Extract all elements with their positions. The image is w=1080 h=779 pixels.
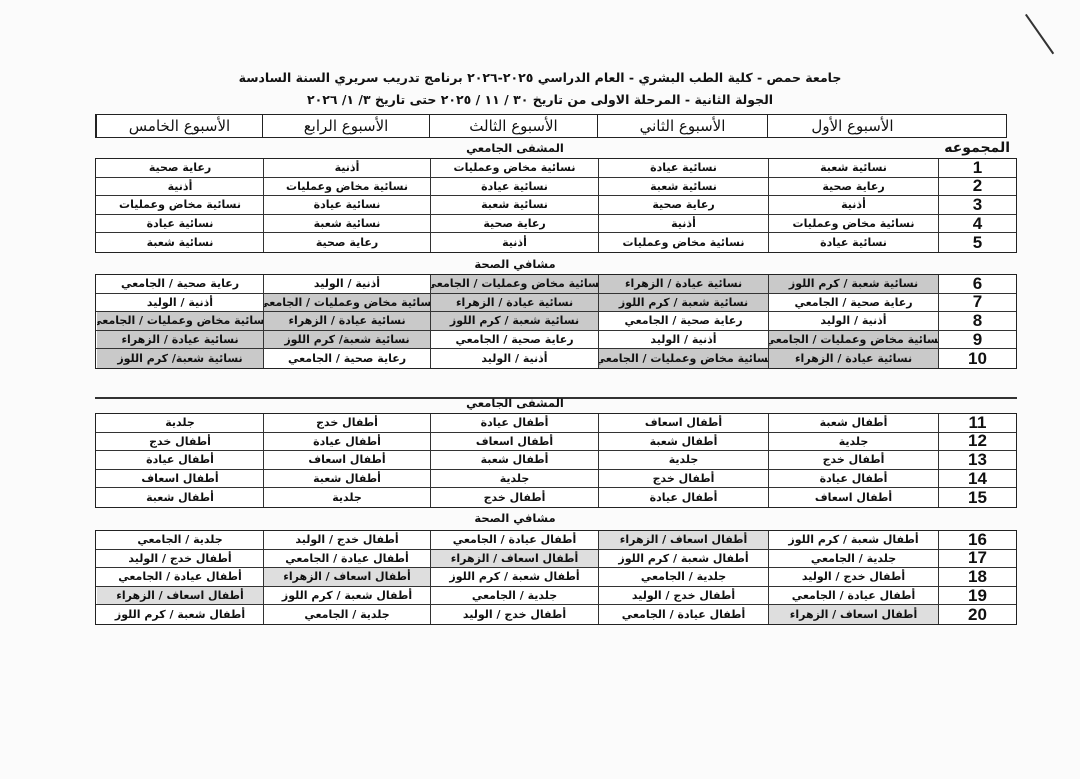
table-row: 20أطفال اسعاف / الزهراءأطفال عيادة / الج…: [96, 605, 1016, 624]
rotation-cell-week-2: رعاية صحية / الجامعي: [598, 312, 768, 330]
group-number: 18: [938, 568, 1016, 586]
section-label-university-hospital-2: المشفى الجامعي: [415, 396, 615, 410]
rotation-cell-week-4: أطفال عيادة / الجامعي: [263, 550, 430, 568]
week-2-header: الأسبوع الثاني: [597, 115, 767, 137]
table-row: 8أذنية / الوليدرعاية صحية / الجامعينسائي…: [96, 312, 1016, 331]
group-number: 9: [938, 331, 1016, 349]
rotation-cell-week-2: أطفال شعبة / كرم اللوز: [598, 550, 768, 568]
rotation-cell-week-4: نسائية شعبة: [263, 215, 430, 233]
rotation-cell-week-3: رعاية صحية / الجامعي: [430, 331, 598, 349]
group-column-label: المجموعه: [940, 140, 1010, 156]
week-1-header: الأسبوع الأول: [767, 115, 937, 137]
document-title: جامعة حمص - كلية الطب البشري - العام الد…: [200, 70, 880, 85]
week-5-header: الأسبوع الخامس: [96, 115, 262, 137]
rotation-cell-week-3: أطفال شعبة / كرم اللوز: [430, 568, 598, 586]
rotation-cell-week-1: جلدية: [768, 433, 938, 451]
rotation-cell-week-4: أطفال خدج: [263, 414, 430, 432]
rotation-cell-week-5: رعاية صحية / الجامعي: [97, 275, 263, 293]
rotation-cell-week-3: أطفال عيادة / الجامعي: [430, 531, 598, 549]
table-row: 16أطفال شعبة / كرم اللوزأطفال اسعاف / ال…: [96, 531, 1016, 550]
rotation-cell-week-5: نسائية شعبة/ كرم اللوز: [97, 349, 263, 368]
rotation-cell-week-1: أطفال عيادة: [768, 470, 938, 488]
table-row: 15أطفال اسعافأطفال عيادةأطفال خدججلديةأط…: [96, 488, 1016, 507]
rotation-cell-week-3: أطفال شعبة: [430, 451, 598, 469]
group-number: 13: [938, 451, 1016, 469]
group-header-cell: [937, 115, 1005, 137]
rotation-cell-week-5: نسائية عيادة: [97, 215, 263, 233]
table-row: 4نسائية مخاض وعملياتأذنيةرعاية صحيةنسائي…: [96, 215, 1016, 234]
rotation-cell-week-5: جلدية: [97, 414, 263, 432]
rotation-cell-week-2: نسائية مخاض وعمليات / الجامعي: [598, 349, 768, 368]
rotation-cell-week-5: أطفال عيادة: [97, 451, 263, 469]
group-number: 5: [938, 233, 1016, 252]
rotation-cell-week-4: نسائية مخاض وعمليات / الجامعي: [263, 294, 430, 312]
table-row: 12جلديةأطفال شعبةأطفال اسعافأطفال عيادةأ…: [96, 433, 1016, 452]
group-number: 4: [938, 215, 1016, 233]
rotation-cell-week-4: أطفال شعبة: [263, 470, 430, 488]
rotation-cell-week-3: أطفال عيادة: [430, 414, 598, 432]
rotation-cell-week-5: أطفال شعبة / كرم اللوز: [97, 605, 263, 624]
rotation-cell-week-4: نسائية مخاض وعمليات: [263, 178, 430, 196]
rotation-cell-week-4: أذنية / الوليد: [263, 275, 430, 293]
rotation-cell-week-2: أطفال اسعاف: [598, 414, 768, 432]
section-label-health-hospitals-2: مشافي الصحة: [415, 511, 615, 525]
group-number: 6: [938, 275, 1016, 293]
table-row: 13أطفال خدججلديةأطفال شعبةأطفال اسعافأطف…: [96, 451, 1016, 470]
rotation-cell-week-2: أطفال عيادة: [598, 488, 768, 507]
rotation-cell-week-2: أطفال شعبة: [598, 433, 768, 451]
rotation-cell-week-3: أطفال اسعاف / الزهراء: [430, 550, 598, 568]
group-number: 1: [938, 159, 1016, 177]
rotation-cell-week-2: نسائية شعبة / كرم اللوز: [598, 294, 768, 312]
rotation-cell-week-1: أطفال خدج / الوليد: [768, 568, 938, 586]
rotation-cell-week-5: جلدية / الجامعي: [97, 531, 263, 549]
rotation-cell-week-4: جلدية / الجامعي: [263, 605, 430, 624]
rotation-cell-week-3: نسائية شعبة / كرم اللوز: [430, 312, 598, 330]
rotation-cell-week-1: أطفال اسعاف / الزهراء: [768, 605, 938, 624]
rotation-cell-week-2: نسائية عيادة / الزهراء: [598, 275, 768, 293]
rotation-cell-week-3: أطفال خدج: [430, 488, 598, 507]
rotation-cell-week-4: نسائية عيادة / الزهراء: [263, 312, 430, 330]
rotation-cell-week-5: أطفال عيادة / الجامعي: [97, 568, 263, 586]
rotation-cell-week-4: نسائية شعبة/ كرم اللوز: [263, 331, 430, 349]
rotation-cell-week-4: أطفال خدج / الوليد: [263, 531, 430, 549]
rotation-cell-week-5: أذنية / الوليد: [97, 294, 263, 312]
rotation-cell-week-1: أطفال خدج: [768, 451, 938, 469]
rotation-cell-week-4: رعاية صحية / الجامعي: [263, 349, 430, 368]
rotation-cell-week-4: أطفال اسعاف / الزهراء: [263, 568, 430, 586]
rotation-cell-week-2: أذنية: [598, 215, 768, 233]
group-number: 16: [938, 531, 1016, 549]
rotation-cell-week-2: نسائية مخاض وعمليات: [598, 233, 768, 252]
rotation-cell-week-5: أطفال خدج: [97, 433, 263, 451]
table-row: 18أطفال خدج / الوليدجلدية / الجامعيأطفال…: [96, 568, 1016, 587]
section-label-university-hospital: المشفى الجامعي: [415, 141, 615, 155]
group-number: 3: [938, 196, 1016, 214]
rotation-cell-week-3: نسائية شعبة: [430, 196, 598, 214]
rotation-cell-week-1: رعاية صحية: [768, 178, 938, 196]
table-row: 14أطفال عيادةأطفال خدججلديةأطفال شعبةأطف…: [96, 470, 1016, 489]
rotation-cell-week-3: نسائية عيادة / الزهراء: [430, 294, 598, 312]
rotation-cell-week-1: رعاية صحية / الجامعي: [768, 294, 938, 312]
schedule-table-pediatrics-health: 16أطفال شعبة / كرم اللوزأطفال اسعاف / ال…: [95, 530, 1017, 625]
rotation-cell-week-5: نسائية عيادة / الزهراء: [97, 331, 263, 349]
rotation-cell-week-1: أطفال عيادة / الجامعي: [768, 587, 938, 605]
group-number: 14: [938, 470, 1016, 488]
rotation-cell-week-1: نسائية عيادة: [768, 233, 938, 252]
rotation-cell-week-4: أذنية: [263, 159, 430, 177]
group-number: 19: [938, 587, 1016, 605]
rotation-cell-week-4: أطفال شعبة / كرم اللوز: [263, 587, 430, 605]
rotation-cell-week-2: رعاية صحية: [598, 196, 768, 214]
group-number: 11: [938, 414, 1016, 432]
rotation-cell-week-1: أطفال شعبة / كرم اللوز: [768, 531, 938, 549]
rotation-cell-week-4: جلدية: [263, 488, 430, 507]
rotation-cell-week-5: نسائية شعبة: [97, 233, 263, 252]
table-row: 3أذنيةرعاية صحيةنسائية شعبةنسائية عيادةن…: [96, 196, 1016, 215]
rotation-cell-week-1: نسائية عيادة / الزهراء: [768, 349, 938, 368]
week-4-header: الأسبوع الرابع: [262, 115, 429, 137]
rotation-cell-week-4: رعاية صحية: [263, 233, 430, 252]
group-number: 17: [938, 550, 1016, 568]
rotation-cell-week-3: جلدية: [430, 470, 598, 488]
table-row: 9نسائية مخاض وعمليات / الجامعيأذنية / ال…: [96, 331, 1016, 350]
rotation-cell-week-1: نسائية شعبة / كرم اللوز: [768, 275, 938, 293]
table-row: 7رعاية صحية / الجامعينسائية شعبة / كرم ا…: [96, 294, 1016, 313]
rotation-cell-week-1: نسائية شعبة: [768, 159, 938, 177]
rotation-cell-week-3: أطفال خدج / الوليد: [430, 605, 598, 624]
rotation-cell-week-5: أطفال شعبة: [97, 488, 263, 507]
document-subtitle: الجولة الثانية - المرحلة الاولى من تاريخ…: [200, 92, 880, 107]
table-row: 10نسائية عيادة / الزهراءنسائية مخاض وعمل…: [96, 349, 1016, 368]
rotation-cell-week-3: أذنية: [430, 233, 598, 252]
rotation-cell-week-1: أذنية / الوليد: [768, 312, 938, 330]
rotation-cell-week-2: أذنية / الوليد: [598, 331, 768, 349]
rotation-cell-week-5: أطفال اسعاف / الزهراء: [97, 587, 263, 605]
schedule-table-gynecology-health: 6نسائية شعبة / كرم اللوزنسائية عيادة / ا…: [95, 274, 1017, 369]
group-number: 20: [938, 605, 1016, 624]
rotation-cell-week-1: أذنية: [768, 196, 938, 214]
rotation-cell-week-3: أذنية / الوليد: [430, 349, 598, 368]
rotation-cell-week-4: نسائية عيادة: [263, 196, 430, 214]
schedule-table-pediatrics-university: 11أطفال شعبةأطفال اسعافأطفال عيادةأطفال …: [95, 413, 1017, 508]
rotation-cell-week-1: أطفال شعبة: [768, 414, 938, 432]
group-number: 10: [938, 349, 1016, 368]
week-3-header: الأسبوع الثالث: [429, 115, 597, 137]
rotation-cell-week-3: أطفال اسعاف: [430, 433, 598, 451]
rotation-cell-week-5: أطفال خدج / الوليد: [97, 550, 263, 568]
rotation-cell-week-5: نسائية مخاض وعمليات / الجامعي: [97, 312, 263, 330]
group-number: 15: [938, 488, 1016, 507]
table-row: 19أطفال عيادة / الجامعيأطفال خدج / الولي…: [96, 587, 1016, 606]
rotation-cell-week-3: جلدية / الجامعي: [430, 587, 598, 605]
table-row: 1نسائية شعبةنسائية عيادةنسائية مخاض وعمل…: [96, 159, 1016, 178]
rotation-cell-week-3: رعاية صحية: [430, 215, 598, 233]
rotation-cell-week-5: رعاية صحية: [97, 159, 263, 177]
rotation-cell-week-2: جلدية: [598, 451, 768, 469]
table-row: 6نسائية شعبة / كرم اللوزنسائية عيادة / ا…: [96, 275, 1016, 294]
group-number: 12: [938, 433, 1016, 451]
rotation-cell-week-2: أطفال عيادة / الجامعي: [598, 605, 768, 624]
rotation-cell-week-2: نسائية عيادة: [598, 159, 768, 177]
rotation-cell-week-2: أطفال خدج / الوليد: [598, 587, 768, 605]
rotation-cell-week-2: أطفال خدج: [598, 470, 768, 488]
rotation-cell-week-1: أطفال اسعاف: [768, 488, 938, 507]
rotation-cell-week-2: نسائية شعبة: [598, 178, 768, 196]
rotation-cell-week-2: جلدية / الجامعي: [598, 568, 768, 586]
rotation-cell-week-3: نسائية مخاض وعمليات / الجامعي: [430, 275, 598, 293]
table-row: 17جلدية / الجامعيأطفال شعبة / كرم اللوزأ…: [96, 550, 1016, 569]
section-label-health-hospitals: مشافي الصحة: [415, 257, 615, 271]
group-number: 7: [938, 294, 1016, 312]
rotation-cell-week-5: أذنية: [97, 178, 263, 196]
week-header-row: الأسبوع الخامس الأسبوع الرابع الأسبوع ال…: [95, 114, 1007, 138]
rotation-cell-week-4: أطفال عيادة: [263, 433, 430, 451]
rotation-cell-week-4: أطفال اسعاف: [263, 451, 430, 469]
rotation-cell-week-3: نسائية مخاض وعمليات: [430, 159, 598, 177]
table-row: 5نسائية عيادةنسائية مخاض وعملياتأذنيةرعا…: [96, 233, 1016, 252]
rotation-cell-week-5: أطفال اسعاف: [97, 470, 263, 488]
group-number: 8: [938, 312, 1016, 330]
group-number: 2: [938, 178, 1016, 196]
rotation-cell-week-3: نسائية عيادة: [430, 178, 598, 196]
table-row: 11أطفال شعبةأطفال اسعافأطفال عيادةأطفال …: [96, 414, 1016, 433]
table-row: 2رعاية صحيةنسائية شعبةنسائية عيادةنسائية…: [96, 178, 1016, 197]
rotation-cell-week-1: جلدية / الجامعي: [768, 550, 938, 568]
schedule-table-gynecology-university: 1نسائية شعبةنسائية عيادةنسائية مخاض وعمل…: [95, 158, 1017, 253]
rotation-cell-week-1: نسائية مخاض وعمليات / الجامعي: [768, 331, 938, 349]
rotation-cell-week-5: نسائية مخاض وعمليات: [97, 196, 263, 214]
rotation-cell-week-1: نسائية مخاض وعمليات: [768, 215, 938, 233]
pen-mark: [1025, 14, 1054, 54]
rotation-cell-week-2: أطفال اسعاف / الزهراء: [598, 531, 768, 549]
